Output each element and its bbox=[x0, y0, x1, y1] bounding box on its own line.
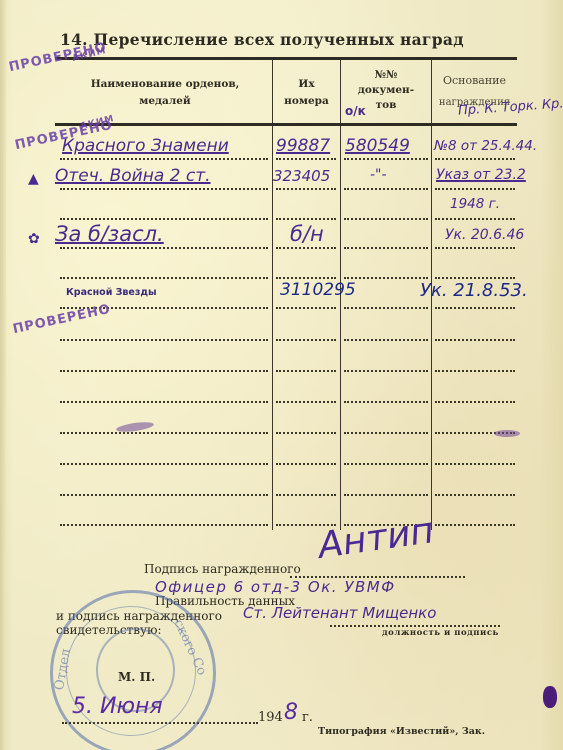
row-rule bbox=[344, 247, 428, 249]
row-rule bbox=[60, 277, 268, 279]
row2-basis: Указ от 23.2 bbox=[436, 167, 526, 183]
position-caption: должность и подпись bbox=[382, 628, 499, 638]
header-award-name-line1: Наименование орденов, bbox=[60, 76, 270, 93]
row-rule bbox=[276, 247, 336, 249]
title-rule bbox=[55, 57, 517, 60]
date-year-unit: г. bbox=[302, 710, 313, 725]
row-rule bbox=[60, 339, 268, 341]
row2-marker-icon: ▲ bbox=[28, 171, 39, 187]
date-line bbox=[62, 722, 258, 724]
row-rule bbox=[276, 188, 336, 190]
row-rule bbox=[276, 432, 336, 434]
row-rule bbox=[435, 218, 515, 220]
row-rule bbox=[276, 307, 336, 309]
row-rule bbox=[276, 339, 336, 341]
row-rule bbox=[276, 463, 336, 465]
row-rule bbox=[60, 158, 268, 160]
ink-blot bbox=[543, 686, 557, 708]
row2-award: Отеч. Война 2 ст. bbox=[55, 166, 211, 186]
date-year-suffix: 8 bbox=[284, 700, 298, 725]
header-bottom-rule bbox=[55, 123, 517, 126]
row-rule bbox=[60, 188, 268, 190]
verifier-rank-name: Ст. Лейтенант Мищенко bbox=[243, 604, 436, 622]
row-rule bbox=[344, 218, 428, 220]
section-title: 14. Перечисление всех полученных наград bbox=[60, 30, 464, 49]
row-rule bbox=[344, 494, 428, 496]
header-documents-line1: №№ bbox=[341, 68, 431, 83]
row-rule bbox=[435, 307, 515, 309]
header-numbers-line2: номера bbox=[273, 93, 340, 110]
row-rule bbox=[435, 247, 515, 249]
row-rule bbox=[344, 158, 428, 160]
row-rule bbox=[60, 401, 268, 403]
row1-number: 99887 bbox=[276, 136, 330, 156]
row-rule bbox=[60, 494, 268, 496]
header-award-name: Наименование орденов, медалей bbox=[60, 76, 270, 110]
row-rule bbox=[344, 463, 428, 465]
page-edge bbox=[0, 0, 6, 750]
column-divider-1 bbox=[272, 60, 273, 530]
header-numbers-line1: Их bbox=[273, 76, 340, 93]
ink-smudge bbox=[494, 430, 520, 437]
row-rule bbox=[435, 524, 515, 526]
awardee-signature-label: Подпись награжденного bbox=[144, 562, 301, 576]
header-basis-line1: Основание bbox=[432, 70, 517, 92]
row2-document: -"- bbox=[370, 167, 387, 183]
row-rule bbox=[276, 158, 336, 160]
row-rule bbox=[276, 494, 336, 496]
row-rule bbox=[60, 218, 268, 220]
verifier-signature-line bbox=[330, 625, 500, 627]
row-rule bbox=[435, 370, 515, 372]
row1-award: Красного Знамени bbox=[62, 136, 229, 156]
row-rule bbox=[276, 277, 336, 279]
row-rule bbox=[435, 277, 515, 279]
row-rule bbox=[344, 370, 428, 372]
row-rule bbox=[276, 401, 336, 403]
header-numbers: Их номера bbox=[273, 76, 340, 110]
row3-basis: Ук. 20.6.46 bbox=[445, 227, 524, 243]
row-rule bbox=[435, 188, 515, 190]
row-rule bbox=[435, 401, 515, 403]
row4-number: 3110295 bbox=[280, 280, 356, 300]
row-rule bbox=[276, 370, 336, 372]
row1-basis: №8 от 25.4.44. bbox=[434, 138, 537, 154]
date-day-month: 5. Июня bbox=[72, 694, 163, 719]
row-rule bbox=[60, 370, 268, 372]
header-documents-line2: докумен- bbox=[341, 83, 431, 98]
row1-document: 580549 bbox=[345, 136, 410, 156]
row4-award: Красной Звезды bbox=[66, 287, 157, 298]
row-rule bbox=[60, 432, 268, 434]
row3-award: За б/засл. bbox=[55, 222, 164, 246]
row4-basis: Ук. 21.8.53. bbox=[420, 280, 528, 301]
row3-number: б/н bbox=[290, 222, 324, 246]
row-rule bbox=[276, 218, 336, 220]
seal-place-caption: М. П. bbox=[118, 670, 155, 684]
row-rule bbox=[344, 188, 428, 190]
row2-number: 323405 bbox=[273, 167, 330, 185]
header-award-name-line2: медалей bbox=[60, 93, 270, 110]
row-rule bbox=[435, 463, 515, 465]
row-rule bbox=[344, 401, 428, 403]
row-rule bbox=[435, 494, 515, 496]
row-rule bbox=[60, 247, 268, 249]
row-rule bbox=[435, 339, 515, 341]
row-rule bbox=[344, 277, 428, 279]
printer-imprint: Типография «Известий», Зак. bbox=[318, 726, 485, 737]
documents-annotation: о/к bbox=[345, 104, 366, 118]
row-rule bbox=[60, 463, 268, 465]
row2-basis-continued: 1948 г. bbox=[450, 196, 500, 212]
date-year-prefix: 194 bbox=[258, 710, 283, 725]
row-rule bbox=[435, 158, 515, 160]
row-rule bbox=[344, 432, 428, 434]
row3-marker-icon: ✿ bbox=[28, 231, 40, 247]
row-rule bbox=[344, 307, 428, 309]
row-rule bbox=[60, 524, 268, 526]
row-rule bbox=[344, 339, 428, 341]
